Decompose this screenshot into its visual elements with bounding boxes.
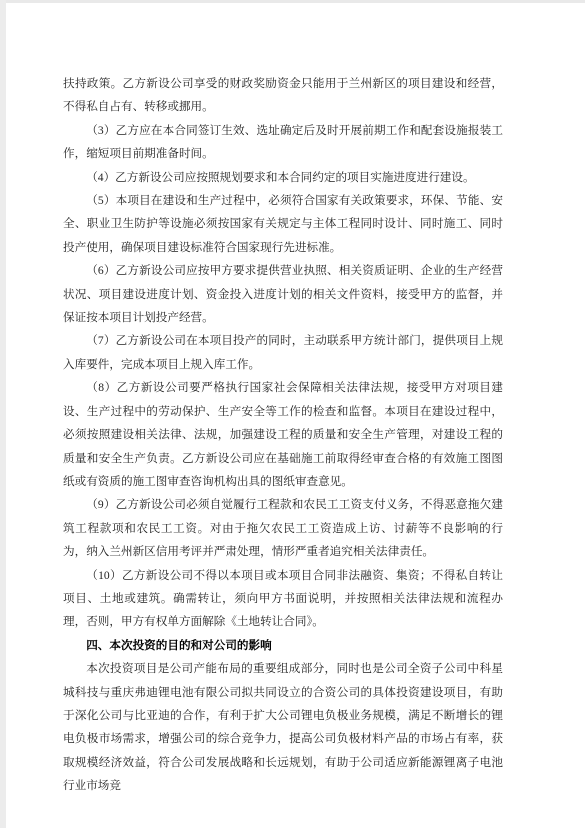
paragraph: （3）乙方应在本合同签订生效、选址确定后及时开展前期工作和配套设施报装工作，缩短… bbox=[63, 119, 503, 166]
paragraph: （7）乙方新设公司在本项目投产的同时，主动联系甲方统计部门，提供项目上规入库要件… bbox=[63, 329, 503, 376]
document-page: 扶持政策。乙方新设公司享受的财政奖励资金只能用于兰州新区的项目建设和经营，不得私… bbox=[6, 3, 585, 828]
paragraph: （5）本项目在建设和生产过程中，必须符合国家有关政策要求，环保、节能、安全、职业… bbox=[63, 189, 503, 259]
pdf-canvas: { "page": { "background_color": "#ffffff… bbox=[0, 0, 585, 828]
paragraph: 扶持政策。乙方新设公司享受的财政奖励资金只能用于兰州新区的项目建设和经营，不得私… bbox=[63, 72, 503, 119]
paragraph: （8）乙方新设公司要严格执行国家社会保障相关法律法规，接受甲方对项目建设、生产过… bbox=[63, 376, 503, 493]
section-heading: 四、本次投资的目的和对公司的影响 bbox=[63, 634, 503, 657]
document-body: 扶持政策。乙方新设公司享受的财政奖励资金只能用于兰州新区的项目建设和经营，不得私… bbox=[63, 72, 503, 798]
paragraph: 本次投资项目是公司产能布局的重要组成部分，同时也是公司全资子公司中科星城科技与重… bbox=[63, 657, 503, 797]
paragraph: （6）乙方新设公司应按甲方要求提供营业执照、相关资质证明、企业的生产经营状况、项… bbox=[63, 259, 503, 329]
paragraph: （4）乙方新设公司应按照规划要求和本合同约定的项目实施进度进行建设。 bbox=[63, 166, 503, 189]
paragraph: （10）乙方新设公司不得以本项目或本项目合同非法融资、集资；不得私自转让项目、土… bbox=[63, 564, 503, 634]
paragraph: （9）乙方新设公司必须自觉履行工程款和农民工工资支付义务，不得恶意拖欠建筑工程款… bbox=[63, 493, 503, 563]
